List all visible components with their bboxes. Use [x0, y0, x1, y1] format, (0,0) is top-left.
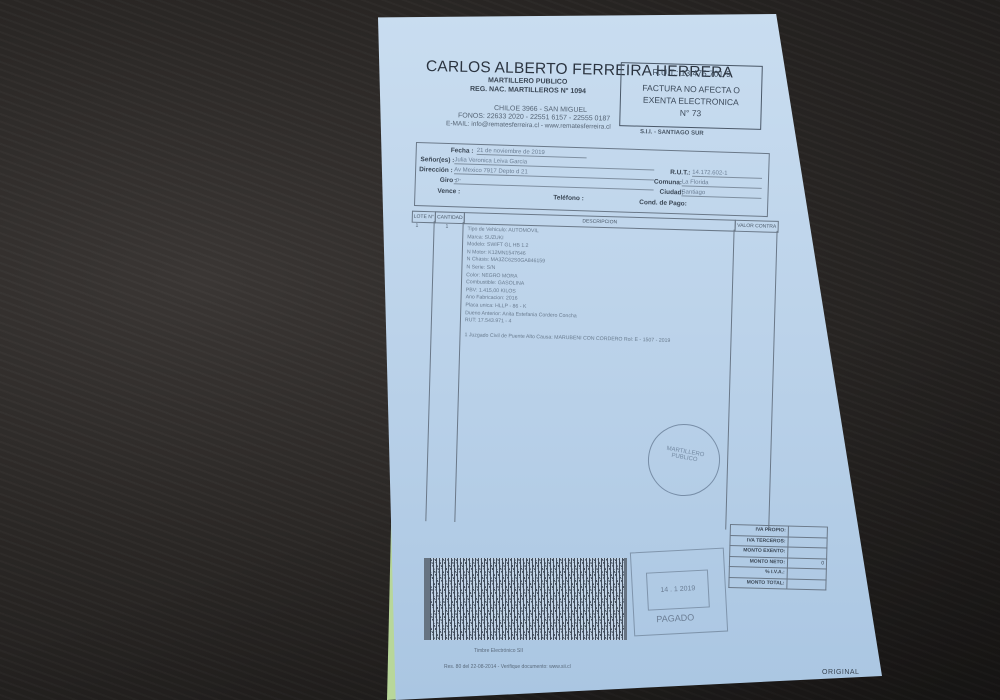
sii-office: S.I.I. - SANTIAGO SUR	[640, 129, 704, 137]
totals-value	[788, 548, 826, 558]
totals-value	[788, 569, 826, 579]
issuer-registry: REG. NAC. MARTILLEROS N° 1094	[470, 86, 586, 95]
fecha-value: 21 de noviembre de 2019	[477, 148, 587, 158]
copy-label: ORIGINAL	[822, 669, 859, 676]
totals-label: MONTO NETO:	[730, 557, 788, 568]
senor-label: Señor(es) :	[420, 156, 454, 164]
client-rut-label: R.U.T.:	[670, 169, 690, 177]
comuna-label: Comuna:	[654, 178, 682, 186]
totals-label: IVA PROPIO:	[731, 525, 789, 536]
timbre-label: Timbre Electrónico SII	[474, 648, 523, 654]
paid-text: PAGADO	[656, 612, 694, 624]
document-type-box: R.U.T.: 13.475.701-9 FACTURA NO AFECTA O…	[619, 62, 763, 130]
col-cantidad: CANTIDAD	[435, 211, 465, 224]
client-rut-value: 14.172.602-1	[692, 170, 762, 179]
lote-value: 1	[415, 223, 418, 229]
pdf417-barcode	[424, 558, 627, 640]
date-stamp-text: 14 . 1 2019	[646, 569, 710, 610]
telefono-label: Teléfono :	[553, 194, 584, 202]
totals-value: 0	[788, 558, 826, 568]
col-lote: LOTE N°	[412, 211, 436, 224]
vence-label: Vence :	[437, 188, 460, 196]
totals-value	[788, 537, 826, 547]
totals-label: MONTO EXENTO:	[730, 546, 788, 557]
divider	[768, 231, 777, 531]
issuer-rut: R.U.T.: 13.475.701-9	[621, 65, 761, 81]
direccion-label: Dirección :	[419, 166, 453, 174]
col-valor: VALOR CONTRA	[735, 220, 779, 233]
divider	[425, 221, 434, 521]
fecha-label: Fecha :	[451, 147, 474, 155]
totals-label: MONTO TOTAL:	[729, 578, 787, 589]
resolution-text: Res. 80 del 22-08-2014 - Verifique docum…	[444, 664, 571, 670]
totals-value	[787, 579, 825, 589]
doc-number: N° 73	[620, 105, 760, 121]
totals-value	[789, 527, 827, 537]
comuna-value: La Florida	[682, 179, 762, 189]
client-box: Fecha : 21 de noviembre de 2019 Señor(es…	[414, 142, 770, 217]
ciudad-value: Santiago	[681, 189, 761, 199]
issuer-title: MARTILLERO PUBLICO	[488, 77, 567, 86]
paid-date-stamp: 14 . 1 2019 PAGADO	[630, 548, 728, 637]
cond-pago-label: Cond. de Pago:	[639, 199, 687, 207]
totals-label: IVA TERCEROS:	[730, 536, 788, 547]
ciudad-label: Ciudad:	[659, 189, 683, 197]
divider	[454, 222, 463, 522]
divider	[725, 230, 734, 530]
description-block: Tipo de Vehiculo: AUTOMOVILMarca: SUZUKI…	[464, 226, 673, 346]
items-table: LOTE N° CANTIDAD DESCRIPCION VALOR CONTR…	[379, 210, 792, 539]
totals-row: MONTO TOTAL:	[728, 577, 826, 590]
totals-table: IVA PROPIO:IVA TERCEROS:MONTO EXENTO:MON…	[728, 524, 828, 591]
cantidad-value: 1	[445, 224, 448, 230]
totals-label: % I.V.A.:	[730, 567, 788, 578]
